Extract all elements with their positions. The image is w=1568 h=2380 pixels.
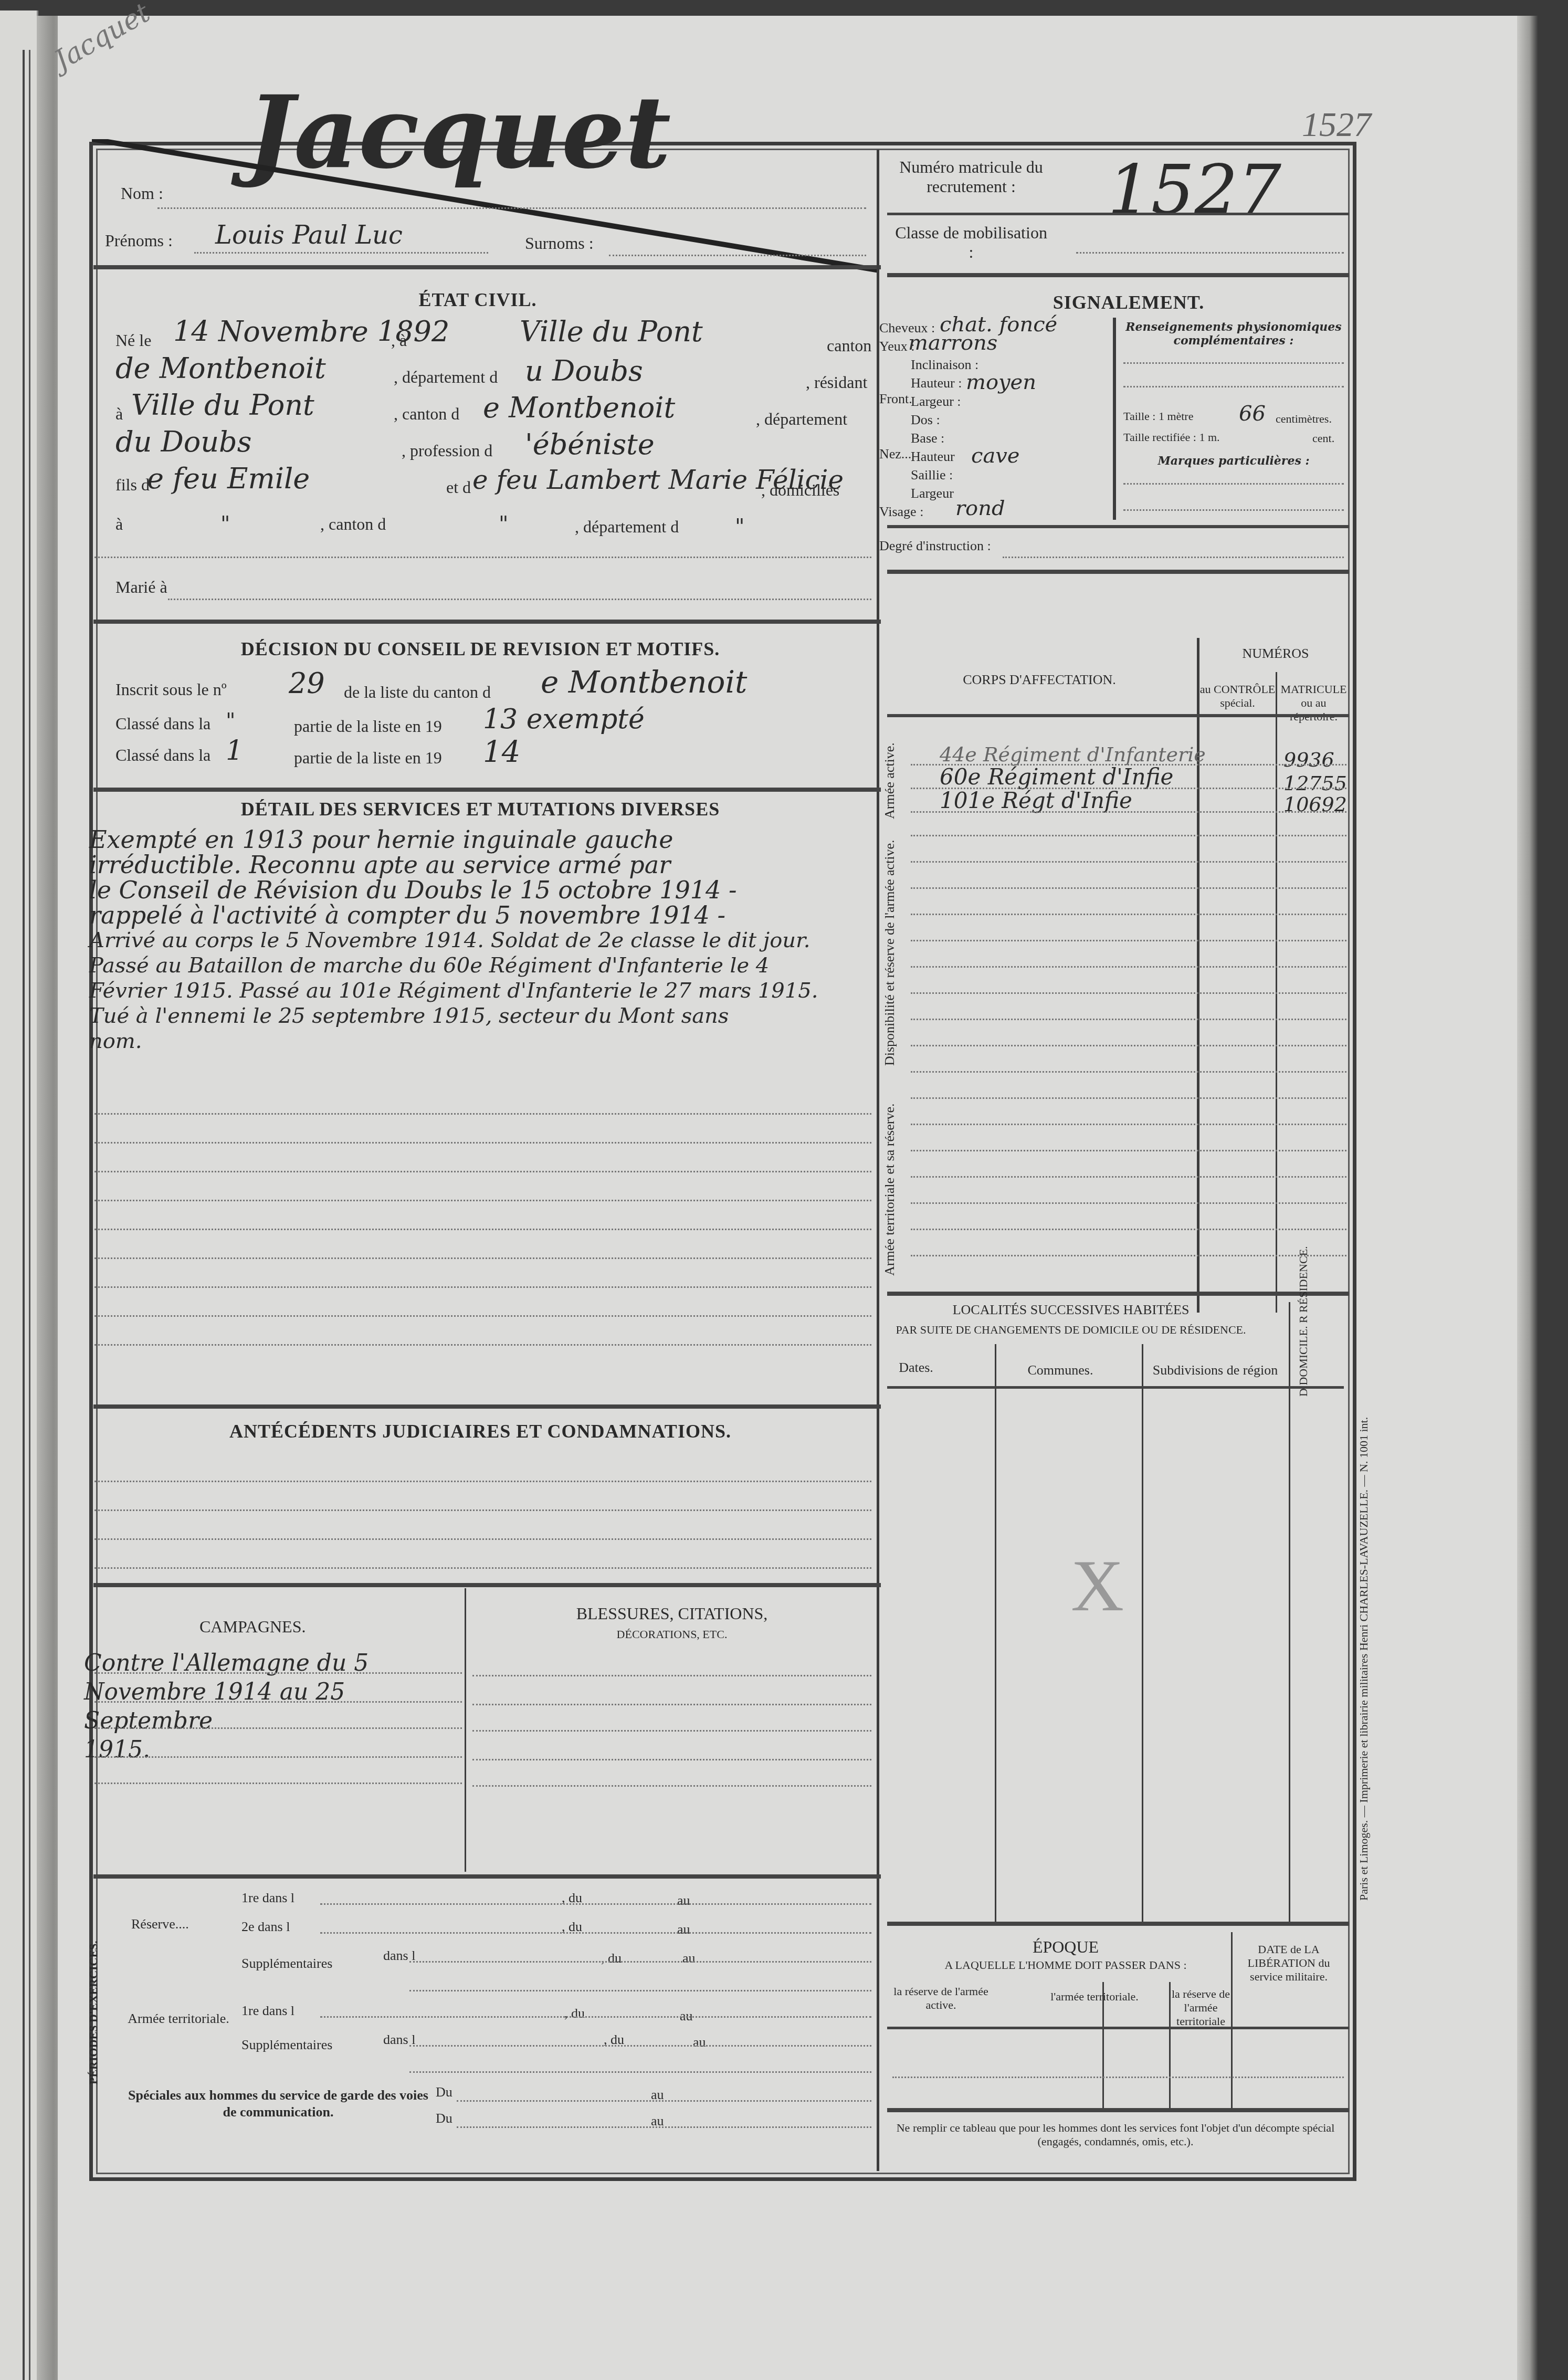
residence-canton-value: e Montbenoit [483, 391, 675, 424]
residant-a-label: à [115, 404, 123, 424]
epoque-subtitle: A LAQUELLE L'HOMME DOIT PASSER DANS : [882, 1958, 1249, 1972]
epoque-note: Ne remplir ce tableau que pour les homme… [887, 2121, 1344, 2148]
profession-label: , profession d [402, 441, 492, 460]
fils-label: fils d [115, 475, 150, 495]
epoque-col-territoriale: l'armée territoriale. [1050, 1990, 1139, 2004]
taille-rectifiee-unit: cent. [1312, 432, 1334, 445]
campagnes-text: Contre l'Allemagne du 5 Novembre 1914 au… [84, 1649, 462, 1764]
corner-page-number: 1527 [1302, 105, 1371, 145]
classe1-label: Classé dans la [115, 714, 211, 733]
classe1-year-value: 13 exempté [483, 704, 645, 735]
renseignements-label: Renseignements physionomiques complément… [1123, 320, 1344, 348]
services-line: Tué à l'ennemi le 25 septembre 1915, sec… [89, 1003, 877, 1029]
classe2-year-value: 14 [483, 735, 520, 769]
front-value: moyen [966, 370, 1036, 394]
taille-unit: centimètres. [1276, 412, 1332, 426]
marie-label: Marié à [115, 578, 167, 597]
du-label: , du [601, 1951, 622, 1966]
domicile-residence-label: D DOMICILE. R RÉSIDENCE. [1297, 1307, 1310, 1397]
territoriale-label: Armée territoriale et sa réserve. [882, 1076, 898, 1276]
birth-date-value: 14 Novembre 1892 [173, 315, 449, 348]
services-title: DÉTAIL DES SERVICES ET MUTATIONS DIVERSE… [210, 798, 751, 820]
taille-value: 66 [1239, 402, 1266, 426]
disponibilite-label: Disponibilité et réserve de l'armée acti… [882, 856, 898, 1066]
ne-le-label: Né le [115, 331, 151, 350]
nez-label: Nez... [879, 446, 911, 462]
front-hauteur-label: Hauteur : [911, 375, 962, 391]
campagnes-line: 1915. [84, 1735, 462, 1764]
du-label: , du [564, 2006, 585, 2021]
residence-value: Ville du Pont [131, 389, 314, 422]
departement-value: u Doubs [525, 354, 643, 387]
birthplace-label: , à [391, 331, 407, 350]
x-mark: X [1071, 1544, 1124, 1628]
taille-rectifiee-label: Taille rectifiée : 1 m. [1123, 431, 1220, 444]
front-largeur-label: Largeur : [911, 394, 961, 410]
nez-value: cave [971, 444, 1020, 468]
liste-label: de la liste du canton d [344, 683, 491, 702]
canton-value: de Montbenoit [115, 352, 326, 385]
dom-canton-value: " [499, 512, 508, 536]
residant-canton-label: , canton d [394, 404, 459, 424]
dom-dep-label: , département d [575, 517, 679, 537]
du-label: Du [436, 2111, 452, 2126]
reserve-label: Réserve.... [131, 1916, 189, 1932]
residant-label: , résidant [806, 373, 867, 392]
nez-saillie-label: Saillie : [911, 467, 953, 483]
dom-a-label: à [115, 515, 123, 534]
date-liberation-label: DATE de LA LIBÉRATION du service militai… [1234, 1943, 1344, 1984]
controle-special-label: au CONTRÔLE spécial. [1199, 683, 1276, 710]
antecedents-title: ANTÉCÉDENTS JUDICIAIRES ET CONDAMNATIONS… [210, 1420, 751, 1442]
blessures-title: BLESSURES, CITATIONS, [467, 1604, 877, 1623]
decision-title: DÉCISION DU CONSEIL DE REVISION ET MOTIF… [210, 638, 751, 660]
services-line: le Conseil de Révision du Doubs le 15 oc… [89, 877, 877, 903]
signalement-title: SIGNALEMENT. [1039, 291, 1218, 313]
au-label: au [682, 1951, 696, 1966]
localites-subtitle: PAR SUITE DE CHANGEMENTS DE DOMICILE OU … [882, 1323, 1260, 1337]
classe2-value: 1 [226, 735, 243, 767]
visage-value: rond [955, 496, 1005, 520]
birthplace-value: Ville du Pont [520, 315, 703, 348]
classe1-mid-label: partie de la liste en 19 [294, 717, 442, 736]
corps-row-3: 101e Régt d'Infie [940, 788, 1132, 813]
dom-a-value: " [220, 512, 230, 536]
nez-dos-label: Dos : [911, 412, 940, 428]
dom-canton-label: , canton d [320, 515, 386, 534]
au-label: au [693, 2035, 706, 2050]
inscrit-label: Inscrit sous le nº [115, 680, 227, 699]
localites-title: LOCALITÉS SUCCESSIVES HABITÉES [882, 1302, 1260, 1318]
armee-active-label: Armée active. [882, 725, 898, 819]
degre-instruction-label: Degré d'instruction : [879, 538, 991, 554]
services-text: Exempté en 1913 pour hernie inguinale ga… [89, 827, 877, 1054]
services-line: nom. [89, 1029, 877, 1054]
nez-base-label: Base : [911, 431, 944, 446]
services-line: irréductible. Reconnu apte au service ar… [89, 852, 877, 877]
services-line: rappelé à l'activité à compter du 5 nove… [89, 903, 877, 928]
reserve-1-label: 1re dans l [241, 1890, 294, 1906]
strike-line [92, 139, 895, 281]
au-label: au [677, 1893, 690, 1909]
liste-canton-value: e Montbenoit [541, 664, 747, 700]
taille-label: Taille : 1 mètre [1123, 410, 1193, 423]
visage-label: Visage : [879, 504, 923, 520]
corps-row-2: 60e Régiment d'Infie [940, 764, 1173, 790]
classe2-mid-label: partie de la liste en 19 [294, 748, 442, 768]
col-communes: Communes. [992, 1362, 1129, 1378]
residence-departement-value: du Doubs [115, 425, 251, 458]
col-dates: Dates. [877, 1360, 955, 1376]
front-label: Front. [879, 391, 912, 407]
domicilies-label: , domiciliés [761, 480, 839, 500]
inscrit-value: 29 [289, 667, 325, 700]
epoque-col-reserve-territoriale: la réserve de l'armée territoriale [1171, 1987, 1231, 2028]
matricule-row-2: 12755 [1283, 772, 1347, 795]
au-label: au [677, 1922, 690, 1937]
matricule-value: 1527 [1108, 150, 1281, 229]
surnoms-label: Surnoms : [525, 234, 594, 253]
printer-imprint: Paris et Limoges. — Imprimerie et librai… [1357, 1271, 1371, 1901]
profession-value: 'ébéniste [525, 428, 655, 461]
etat-civil-title: ÉTAT CIVIL. [357, 289, 598, 311]
matricule-label: Numéro matricule du recrutement : [892, 158, 1050, 196]
marques-label: Marques particulières : [1123, 454, 1344, 468]
speciales-label: Spéciales aux hommes du service de garde… [126, 2087, 430, 2121]
services-line: Passé au Bataillon de marche du 60e Régi… [89, 953, 877, 978]
father-value: e feu Emile [147, 462, 310, 495]
departement-label: , département d [394, 368, 498, 387]
previous-page-edge [0, 11, 38, 2380]
supplementaires-label: Supplémentaires [241, 1956, 332, 1972]
campagnes-line: Novembre 1914 au 25 Septembre [84, 1677, 462, 1735]
epoque-title: ÉPOQUE [882, 1937, 1249, 1957]
yeux-value: marrons [908, 331, 997, 355]
armee-territoriale-label: Armée territoriale. [126, 2011, 231, 2027]
nom-label: Nom : [121, 184, 163, 203]
blessures-subtitle: DÉCORATIONS, ETC. [467, 1628, 877, 1641]
du-label: Du [436, 2084, 452, 2100]
matricule-row-1: 9936 [1283, 748, 1334, 771]
prenoms-value: Louis Paul Luc [215, 221, 403, 250]
epoque-col-reserve-active: la réserve de l'armée active. [887, 1985, 995, 2012]
territoriale-1-label: 1re dans l [241, 2003, 294, 2019]
nez-hauteur-label: Hauteur [911, 449, 955, 465]
corps-title: CORPS D'AFFECTATION. [892, 672, 1186, 688]
classe-mobilisation-label: Classe de mobilisation : [892, 223, 1050, 262]
corps-row-1: 44e Régiment d'Infanterie [940, 743, 1206, 766]
campagnes-title: CAMPAGNES. [199, 1617, 306, 1637]
col-subdivisions: Subdivisions de région [1144, 1362, 1286, 1378]
numeros-label: NUMÉROS [1202, 646, 1349, 662]
matricule-repertoire-label: MATRICULE ou au répertoire. [1278, 683, 1349, 724]
periodes-side-label: PÉRIODES D'EXERCICES. [87, 1911, 100, 2084]
classe1-value: " [226, 709, 235, 733]
services-line: Exempté en 1913 pour hernie inguinale ga… [89, 827, 877, 852]
supplementaires-label: Supplémentaires [241, 2037, 332, 2053]
nez-largeur-label: Largeur [911, 486, 954, 501]
services-line: Février 1915. Passé au 101e Régiment d'I… [89, 978, 877, 1003]
classe2-label: Classé dans la [115, 746, 211, 765]
mere-label: et d [446, 478, 471, 497]
prenoms-label: Prénoms : [105, 231, 173, 250]
reserve-2-label: 2e dans l [241, 1919, 290, 1935]
residant-dep-label: , département [756, 410, 847, 429]
services-line: Arrivé au corps le 5 Novembre 1914. Sold… [89, 928, 877, 953]
dom-dep-value: " [735, 515, 744, 539]
canton-label: canton [827, 336, 871, 355]
